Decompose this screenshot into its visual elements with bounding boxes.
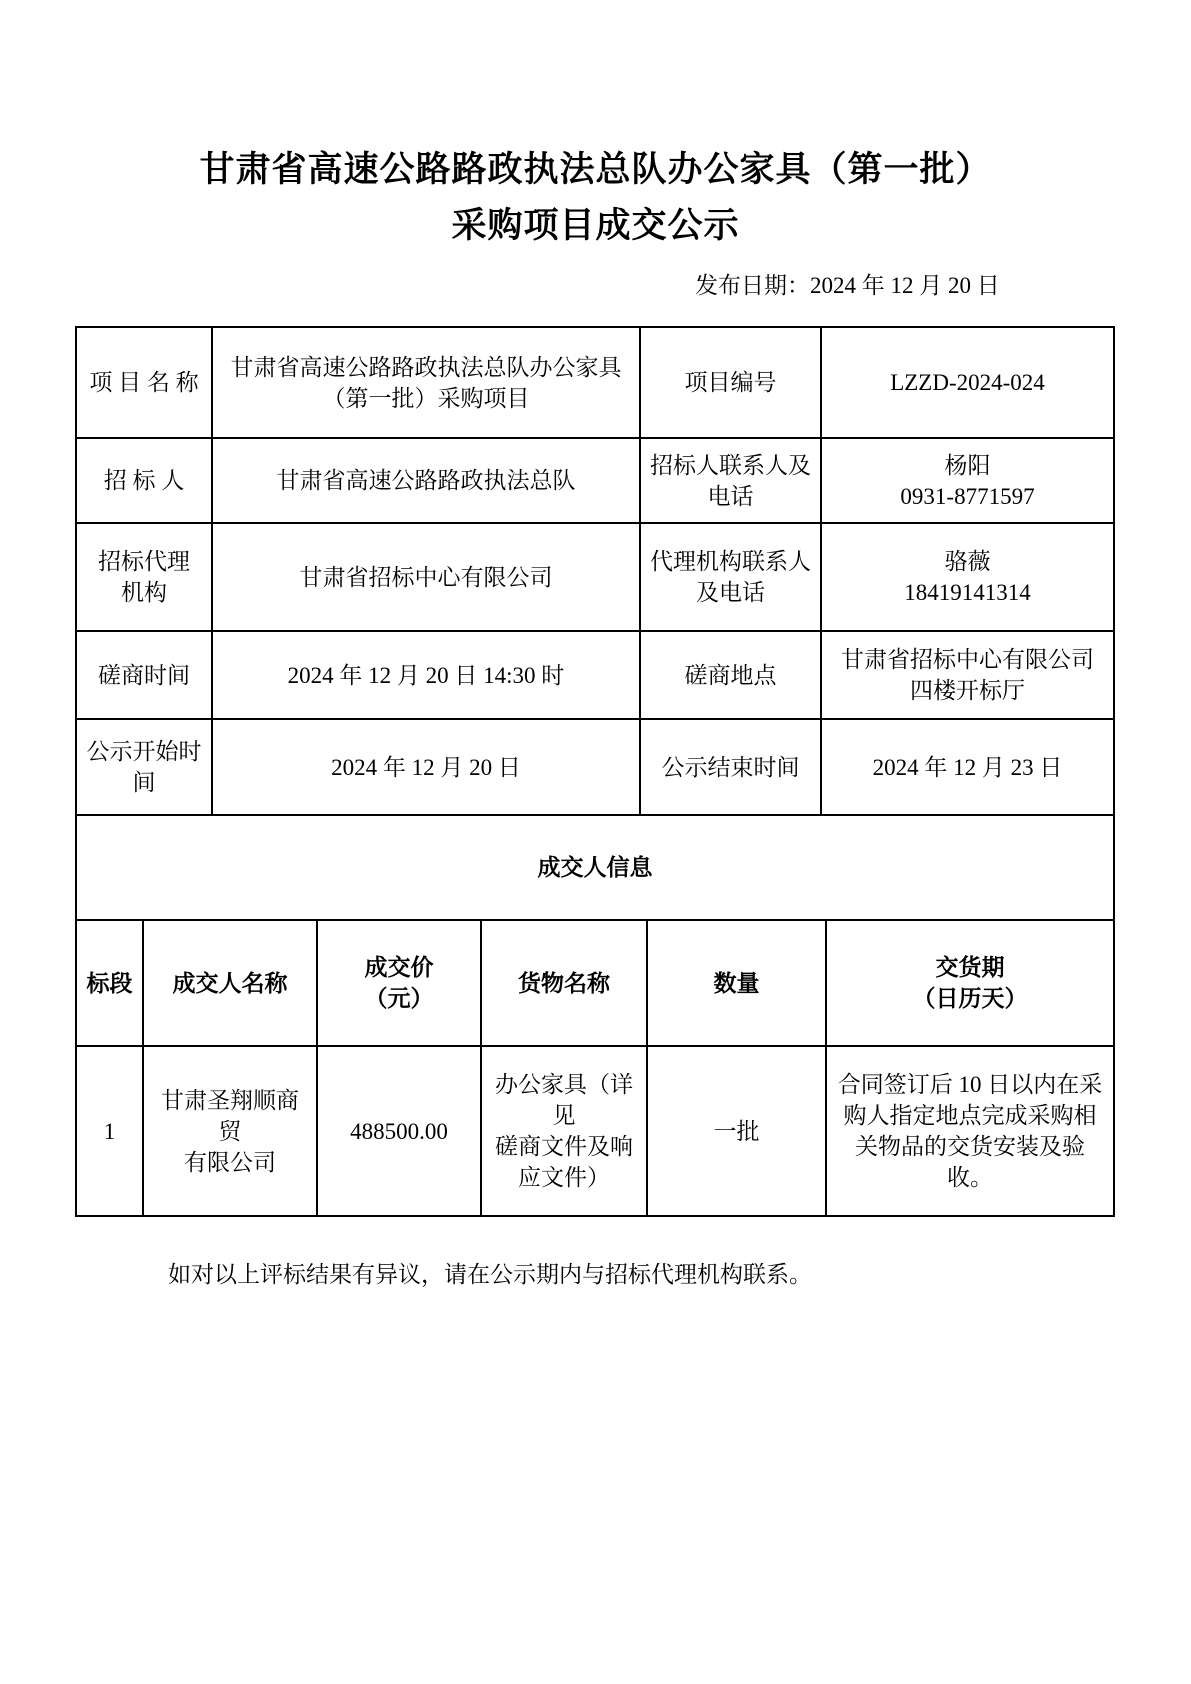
bidder-label: 招 标 人 [76,438,212,523]
bidder-contact-label: 招标人联系人及 电话 [640,438,821,523]
publicity-start-label: 公示开始时 间 [76,719,212,815]
winner-data-row: 1 甘肃圣翔顺商贸 有限公司 488500.00 办公家具（详见 磋商文件及响 … [76,1046,1114,1216]
table-row: 公示开始时 间 2024 年 12 月 20 日 公示结束时间 2024 年 1… [76,719,1114,815]
agency-label: 招标代理 机构 [76,523,212,631]
document-page: 甘肃省高速公路路政执法总队办公家具（第一批） 采购项目成交公示 发布日期：202… [0,0,1191,1684]
col-header-winner-name: 成交人名称 [143,920,317,1046]
page-title: 甘肃省高速公路路政执法总队办公家具（第一批） 采购项目成交公示 [0,142,1191,254]
goods-name-cell: 办公家具（详见 磋商文件及响 应文件） [481,1046,647,1216]
publish-date: 发布日期：2024 年 12 月 20 日 [695,272,1000,300]
project-number-label: 项目编号 [640,327,821,438]
agency-contact-label: 代理机构联系人 及电话 [640,523,821,631]
negotiation-place-value: 甘肃省招标中心有限公司 四楼开标厅 [821,631,1114,719]
table-row: 招 标 人 甘肃省高速公路路政执法总队 招标人联系人及 电话 杨阳 0931-8… [76,438,1114,523]
delivery-period-cell: 合同签订后 10 日以内在采 购人指定地点完成采购相 关物品的交货安装及验收。 [826,1046,1114,1216]
lot-number-cell: 1 [76,1046,143,1216]
bidder-value: 甘肃省高速公路路政执法总队 [212,438,640,523]
col-header-goods-name: 货物名称 [481,920,647,1046]
project-number-value: LZZD-2024-024 [821,327,1114,438]
publicity-end-label: 公示结束时间 [640,719,821,815]
agency-contact-value: 骆薇 18419141314 [821,523,1114,631]
bidder-contact-value: 杨阳 0931-8771597 [821,438,1114,523]
project-info-table: 项 目 名 称 甘肃省高速公路路政执法总队办公家具 （第一批）采购项目 项目编号… [75,326,1115,921]
winner-table: 标段 成交人名称 成交价 （元） 货物名称 数量 交货期 （日历天） 1 甘肃圣… [75,919,1115,1217]
negotiation-place-label: 磋商地点 [640,631,821,719]
award-price-cell: 488500.00 [317,1046,481,1216]
publicity-end-value: 2024 年 12 月 23 日 [821,719,1114,815]
winner-header-row: 标段 成交人名称 成交价 （元） 货物名称 数量 交货期 （日历天） [76,920,1114,1046]
quantity-cell: 一批 [647,1046,826,1216]
tables-container: 项 目 名 称 甘肃省高速公路路政执法总队办公家具 （第一批）采购项目 项目编号… [75,326,1113,1217]
table-row: 磋商时间 2024 年 12 月 20 日 14:30 时 磋商地点 甘肃省招标… [76,631,1114,719]
agency-value: 甘肃省招标中心有限公司 [212,523,640,631]
winner-info-section-header: 成交人信息 [76,815,1114,920]
col-header-award-price: 成交价 （元） [317,920,481,1046]
footer-note: 如对以上评标结果有异议，请在公示期内与招标代理机构联系。 [168,1260,812,1290]
winner-name-cell: 甘肃圣翔顺商贸 有限公司 [143,1046,317,1216]
negotiation-time-value: 2024 年 12 月 20 日 14:30 时 [212,631,640,719]
table-row: 成交人信息 [76,815,1114,920]
col-header-quantity: 数量 [647,920,826,1046]
negotiation-time-label: 磋商时间 [76,631,212,719]
table-row: 招标代理 机构 甘肃省招标中心有限公司 代理机构联系人 及电话 骆薇 18419… [76,523,1114,631]
col-header-lot: 标段 [76,920,143,1046]
publicity-start-value: 2024 年 12 月 20 日 [212,719,640,815]
col-header-delivery-period: 交货期 （日历天） [826,920,1114,1046]
table-row: 项 目 名 称 甘肃省高速公路路政执法总队办公家具 （第一批）采购项目 项目编号… [76,327,1114,438]
project-name-label: 项 目 名 称 [76,327,212,438]
project-name-value: 甘肃省高速公路路政执法总队办公家具 （第一批）采购项目 [212,327,640,438]
